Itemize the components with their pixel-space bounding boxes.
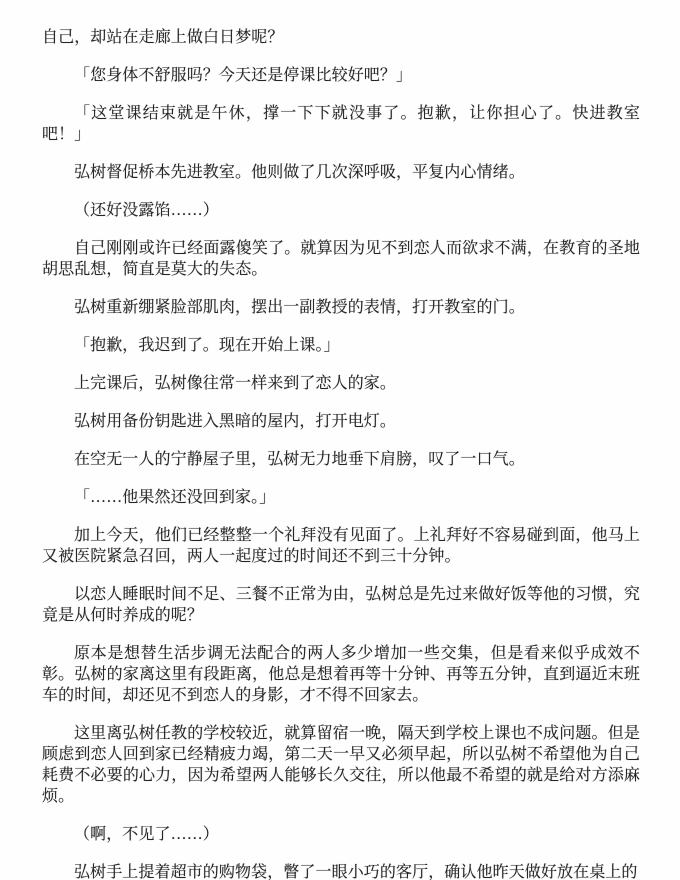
paragraph-6-narration: 自己刚刚或许已经面露傻笑了。就算因为见不到恋人而欲求不满，在教育的圣地胡思乱想，…	[42, 238, 640, 280]
paragraph-16-narration: 这里离弘树任教的学校较近，就算留宿一晚，隔天到学校上课也不成问题。但是顾虑到恋人…	[42, 723, 640, 807]
paragraph-8-dialogue: 「抱歉，我迟到了。现在开始上课。」	[42, 335, 640, 356]
novel-text-column: 自己，却站在走廊上做白日梦呢？「您身体不舒服吗？今天还是停课比较好吧？」「这堂课…	[42, 27, 640, 880]
paragraph-4-narration: 弘树督促桥本先进教室。他则做了几次深呼吸，平复内心情绪。	[42, 162, 640, 183]
paragraph-3-dialogue: 「这堂课结束就是午休，撑一下下就没事了。抱歉，让你担心了。快进教室吧！」	[42, 103, 640, 145]
paragraph-10-narration: 弘树用备份钥匙进入黑暗的屋内，打开电灯。	[42, 411, 640, 432]
paragraph-17-inner-thought: （啊，不见了……）	[42, 824, 640, 845]
paragraph-9-narration: 上完课后，弘树像往常一样来到了恋人的家。	[42, 373, 640, 394]
paragraph-12-dialogue: 「……他果然还没回到家。」	[42, 487, 640, 508]
paragraph-14-narration: 以恋人睡眠时间不足、三餐不正常为由，弘树总是先过来做好饭等他的习惯，究竟是从何时…	[42, 584, 640, 626]
paragraph-5-inner-thought: （还好没露馅……）	[42, 200, 640, 221]
paragraph-11-narration: 在空无一人的宁静屋子里，弘树无力地垂下肩膀，叹了一口气。	[42, 449, 640, 470]
paragraph-13-narration: 加上今天，他们已经整整一个礼拜没有见面了。上礼拜好不容易碰到面，他马上又被医院紧…	[42, 525, 640, 567]
paragraph-18-narration-cutoff: 弘树手上提着超市的购物袋，瞥了一眼小巧的客厅，确认他昨天做好放在桌上的	[42, 862, 640, 880]
novel-scan-page: 自己，却站在走廊上做白日梦呢？「您身体不舒服吗？今天还是停课比较好吧？」「这堂课…	[0, 0, 680, 880]
paragraph-1-narration-continuation: 自己，却站在走廊上做白日梦呢？	[42, 27, 640, 48]
paragraph-2-dialogue: 「您身体不舒服吗？今天还是停课比较好吧？」	[42, 65, 640, 86]
paragraph-15-narration: 原本是想替生活步调无法配合的两人多少增加一些交集，但是看来似乎成效不彰。弘树的家…	[42, 643, 640, 706]
paragraph-7-narration: 弘树重新绷紧脸部肌肉，摆出一副教授的表情，打开教室的门。	[42, 297, 640, 318]
